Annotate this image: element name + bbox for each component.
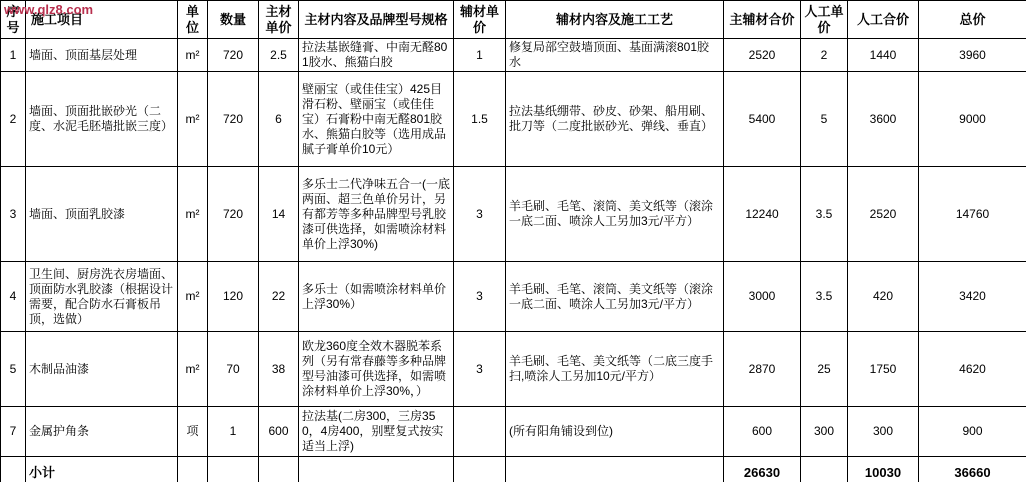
cell-project: 墙面、顶面批嵌砂光（二度、水泥毛胚墙批嵌三度） [26,72,178,167]
col-header-unit: 单位 [178,1,208,39]
cell-project: 卫生间、厨房洗衣房墙面、顶面防水乳胶漆（根据设计需要，配合防水石膏板吊顶，选做） [26,262,178,332]
cell-aux-content: 羊毛刷、毛笔、美文纸等（二底三度手扫,喷涂人工另加10元/平方） [506,332,724,407]
cell-grand-total: 36660 [919,457,1026,482]
cell-qty: 70 [208,332,259,407]
cell-aux-unit-price [454,407,506,457]
table-row: 5木制品油漆m²7038欧龙360度全效木器脱苯系列（另有常春藤等多种品牌型号油… [1,332,1026,407]
cell-aux-content: 羊毛刷、毛笔、滚筒、美文纸等（滚涂一底二面、喷涂人工另加3元/平方） [506,262,724,332]
cell-aux-unit-price [454,457,506,482]
cell-labor-total: 10030 [848,457,919,482]
cell-unit: m² [178,262,208,332]
table-row: 4卫生间、厨房洗衣房墙面、顶面防水乳胶漆（根据设计需要，配合防水石膏板吊顶，选做… [1,262,1026,332]
subtotal-label: 小计 [26,457,178,482]
col-header-aux-unit-price: 辅材单价 [454,1,506,39]
cell-project: 墙面、顶面基层处理 [26,39,178,72]
cell-main-content: 壁丽宝（或佳佳宝）425目滑石粉、壁丽宝（或佳佳宝）石膏粉中南无醛801胶水、熊… [299,72,454,167]
cell-main-content: 多乐士（如需喷涂材料单价上浮30%） [299,262,454,332]
cell-aux-content: 修复局部空鼓墙顶面、基面满滚801胶水 [506,39,724,72]
cell-main-content: 欧龙360度全效木器脱苯系列（另有常春藤等多种品牌型号油漆可供选择，如需喷涂材料… [299,332,454,407]
col-header-aux-content: 辅材内容及施工工艺 [506,1,724,39]
cell-grand-total: 3420 [919,262,1026,332]
cell-main-unit-price: 38 [259,332,299,407]
cell-labor-total: 420 [848,262,919,332]
cell-main-content [299,457,454,482]
col-header-material-total: 主辅材合价 [724,1,801,39]
cell-main-unit-price [259,457,299,482]
cell-qty: 720 [208,72,259,167]
cell-grand-total: 9000 [919,72,1026,167]
col-header-qty: 数量 [208,1,259,39]
cell-qty: 720 [208,39,259,72]
cell-project: 金属护角条 [26,407,178,457]
cell-main-unit-price: 6 [259,72,299,167]
quotation-sheet: www.qlz8.com 序号施工项目单位数量主材单价主材内容及品牌型号规格辅材… [0,0,1026,482]
cell-labor-total: 3600 [848,72,919,167]
cell-grand-total: 4620 [919,332,1026,407]
cell-main-content: 拉法基(二房300，三房350，4房400，别墅复式按实适当上浮) [299,407,454,457]
cell-material-total: 2870 [724,332,801,407]
cell-no [1,457,26,482]
cell-project: 墙面、顶面乳胶漆 [26,167,178,262]
col-header-main-content: 主材内容及品牌型号规格 [299,1,454,39]
cell-material-total: 12240 [724,167,801,262]
cell-labor-total: 2520 [848,167,919,262]
table-row: 2墙面、顶面批嵌砂光（二度、水泥毛胚墙批嵌三度）m²7206壁丽宝（或佳佳宝）4… [1,72,1026,167]
cell-qty: 720 [208,167,259,262]
cell-aux-unit-price: 3 [454,332,506,407]
cell-material-total: 5400 [724,72,801,167]
cell-aux-content: 羊毛刷、毛笔、滚筒、美文纸等（滚涂一底二面、喷涂人工另加3元/平方） [506,167,724,262]
cell-no: 3 [1,167,26,262]
cell-unit [178,457,208,482]
quotation-table: 序号施工项目单位数量主材单价主材内容及品牌型号规格辅材单价辅材内容及施工工艺主辅… [0,0,1026,482]
cell-no: 2 [1,72,26,167]
cell-unit: 项 [178,407,208,457]
cell-labor-unit-price: 3.5 [801,262,848,332]
cell-main-unit-price: 22 [259,262,299,332]
cell-unit: m² [178,332,208,407]
watermark: www.qlz8.com [4,2,93,17]
cell-labor-unit-price: 300 [801,407,848,457]
cell-labor-unit-price [801,457,848,482]
subtotal-row: 小计266301003036660 [1,457,1026,482]
cell-aux-content: 拉法基纸绷带、砂皮、砂架、船用刷、批刀等（二度批嵌砂光、弹线、垂直） [506,72,724,167]
cell-unit: m² [178,167,208,262]
cell-aux-content [506,457,724,482]
cell-labor-unit-price: 2 [801,39,848,72]
cell-labor-total: 300 [848,407,919,457]
cell-material-total: 600 [724,407,801,457]
cell-aux-unit-price: 3 [454,167,506,262]
cell-unit: m² [178,39,208,72]
cell-labor-unit-price: 3.5 [801,167,848,262]
cell-main-unit-price: 2.5 [259,39,299,72]
cell-aux-unit-price: 1.5 [454,72,506,167]
cell-qty [208,457,259,482]
col-header-grand-total: 总价 [919,1,1026,39]
cell-material-total: 2520 [724,39,801,72]
cell-labor-total: 1440 [848,39,919,72]
table-row: 3墙面、顶面乳胶漆m²72014多乐士二代净味五合一(一底两面、超三色单价另计，… [1,167,1026,262]
cell-aux-content: (所有阳角铺设到位) [506,407,724,457]
cell-main-unit-price: 600 [259,407,299,457]
cell-aux-unit-price: 3 [454,262,506,332]
cell-main-unit-price: 14 [259,167,299,262]
cell-qty: 120 [208,262,259,332]
header-row: 序号施工项目单位数量主材单价主材内容及品牌型号规格辅材单价辅材内容及施工工艺主辅… [1,1,1026,39]
cell-main-content: 拉法基嵌缝膏、中南无醛801胶水、熊猫白胶 [299,39,454,72]
cell-grand-total: 14760 [919,167,1026,262]
cell-grand-total: 900 [919,407,1026,457]
table-row: 7金属护角条项1600拉法基(二房300，三房350，4房400，别墅复式按实适… [1,407,1026,457]
cell-no: 7 [1,407,26,457]
cell-labor-total: 1750 [848,332,919,407]
col-header-labor-total: 人工合价 [848,1,919,39]
table-row: 1墙面、顶面基层处理m²7202.5拉法基嵌缝膏、中南无醛801胶水、熊猫白胶1… [1,39,1026,72]
cell-grand-total: 3960 [919,39,1026,72]
cell-qty: 1 [208,407,259,457]
cell-main-content: 多乐士二代净味五合一(一底两面、超三色单价另计，另有都芳等多种品牌型号乳胶漆可供… [299,167,454,262]
cell-no: 5 [1,332,26,407]
cell-material-total: 3000 [724,262,801,332]
col-header-main-unit-price: 主材单价 [259,1,299,39]
cell-aux-unit-price: 1 [454,39,506,72]
col-header-labor-unit-price: 人工单价 [801,1,848,39]
cell-unit: m² [178,72,208,167]
cell-labor-unit-price: 25 [801,332,848,407]
cell-no: 1 [1,39,26,72]
cell-project: 木制品油漆 [26,332,178,407]
cell-material-total: 26630 [724,457,801,482]
cell-labor-unit-price: 5 [801,72,848,167]
cell-no: 4 [1,262,26,332]
